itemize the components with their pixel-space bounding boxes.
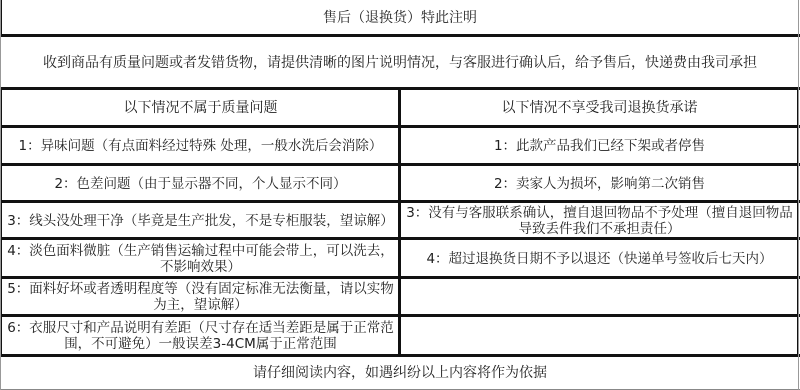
intro-text: 收到商品有质量问题或者发错货物，请提供清晰的图片说明情况，与客服进行确认后，给予… (0, 37, 800, 88)
right-item-3: 3：没有与客服联系确认，擅自退回物品不予处理（擅自退回物品导致丢件我们不承担责任… (402, 203, 797, 238)
left-item-1: 1：异味问题（有点面料经过特殊 处理，一般水洗后会消除） (2, 128, 399, 164)
left-item-2: 2：色差问题（由于显示器不同，个人显示不同） (2, 166, 399, 201)
footer-row: 请仔细阅读内容，如遇纠纷以上内容将作为依据 (0, 357, 800, 389)
right-item-4: 4：超过退换货日期不予以退还（快递单号签收后七天内） (402, 240, 797, 277)
footer-note: 请仔细阅读内容，如遇纠纷以上内容将作为依据 (0, 357, 800, 389)
divider (0, 34, 800, 37)
left-item-6: 6：衣服尺寸和产品说明有差距（尺寸存在适当差距是属于正常范围，不可避免）一般误差… (2, 317, 399, 355)
left-item-5: 5：面料好坏或者透明程度等（没有固定标准无法衡量，请以实物为主，望谅解） (2, 279, 399, 315)
right-item-2: 2：卖家人为损坏，影响第二次销售 (402, 166, 797, 201)
intro-row: 收到商品有质量问题或者发错货物，请提供清晰的图片说明情况，与客服进行确认后，给予… (0, 37, 800, 88)
right-item-5 (402, 279, 797, 315)
left-item-3: 3：线头没处理干净（毕竟是生产批发，不是专柜服装，望谅解） (2, 203, 399, 238)
right-column-header: 以下情况不享受我司退换货承诺 (402, 90, 797, 126)
after-sales-notice-table: 售后（退换货）特此注明 收到商品有质量问题或者发错货物，请提供清晰的图片说明情况… (0, 0, 800, 390)
right-item-6 (402, 317, 797, 355)
column-divider (398, 87, 401, 357)
border (0, 0, 1, 390)
left-column-header: 以下情况不属于质量问题 (2, 90, 399, 126)
border (798, 0, 799, 390)
right-item-1: 1：此款产品我们已经下架或者停售 (402, 128, 797, 164)
left-item-4: 4：淡色面料微脏（生产销售运输过程中可能会带上，可以洗去，不影响效果） (2, 240, 399, 277)
title-row: 售后（退换货）特此注明 (0, 0, 800, 35)
table-title: 售后（退换货）特此注明 (0, 0, 800, 35)
